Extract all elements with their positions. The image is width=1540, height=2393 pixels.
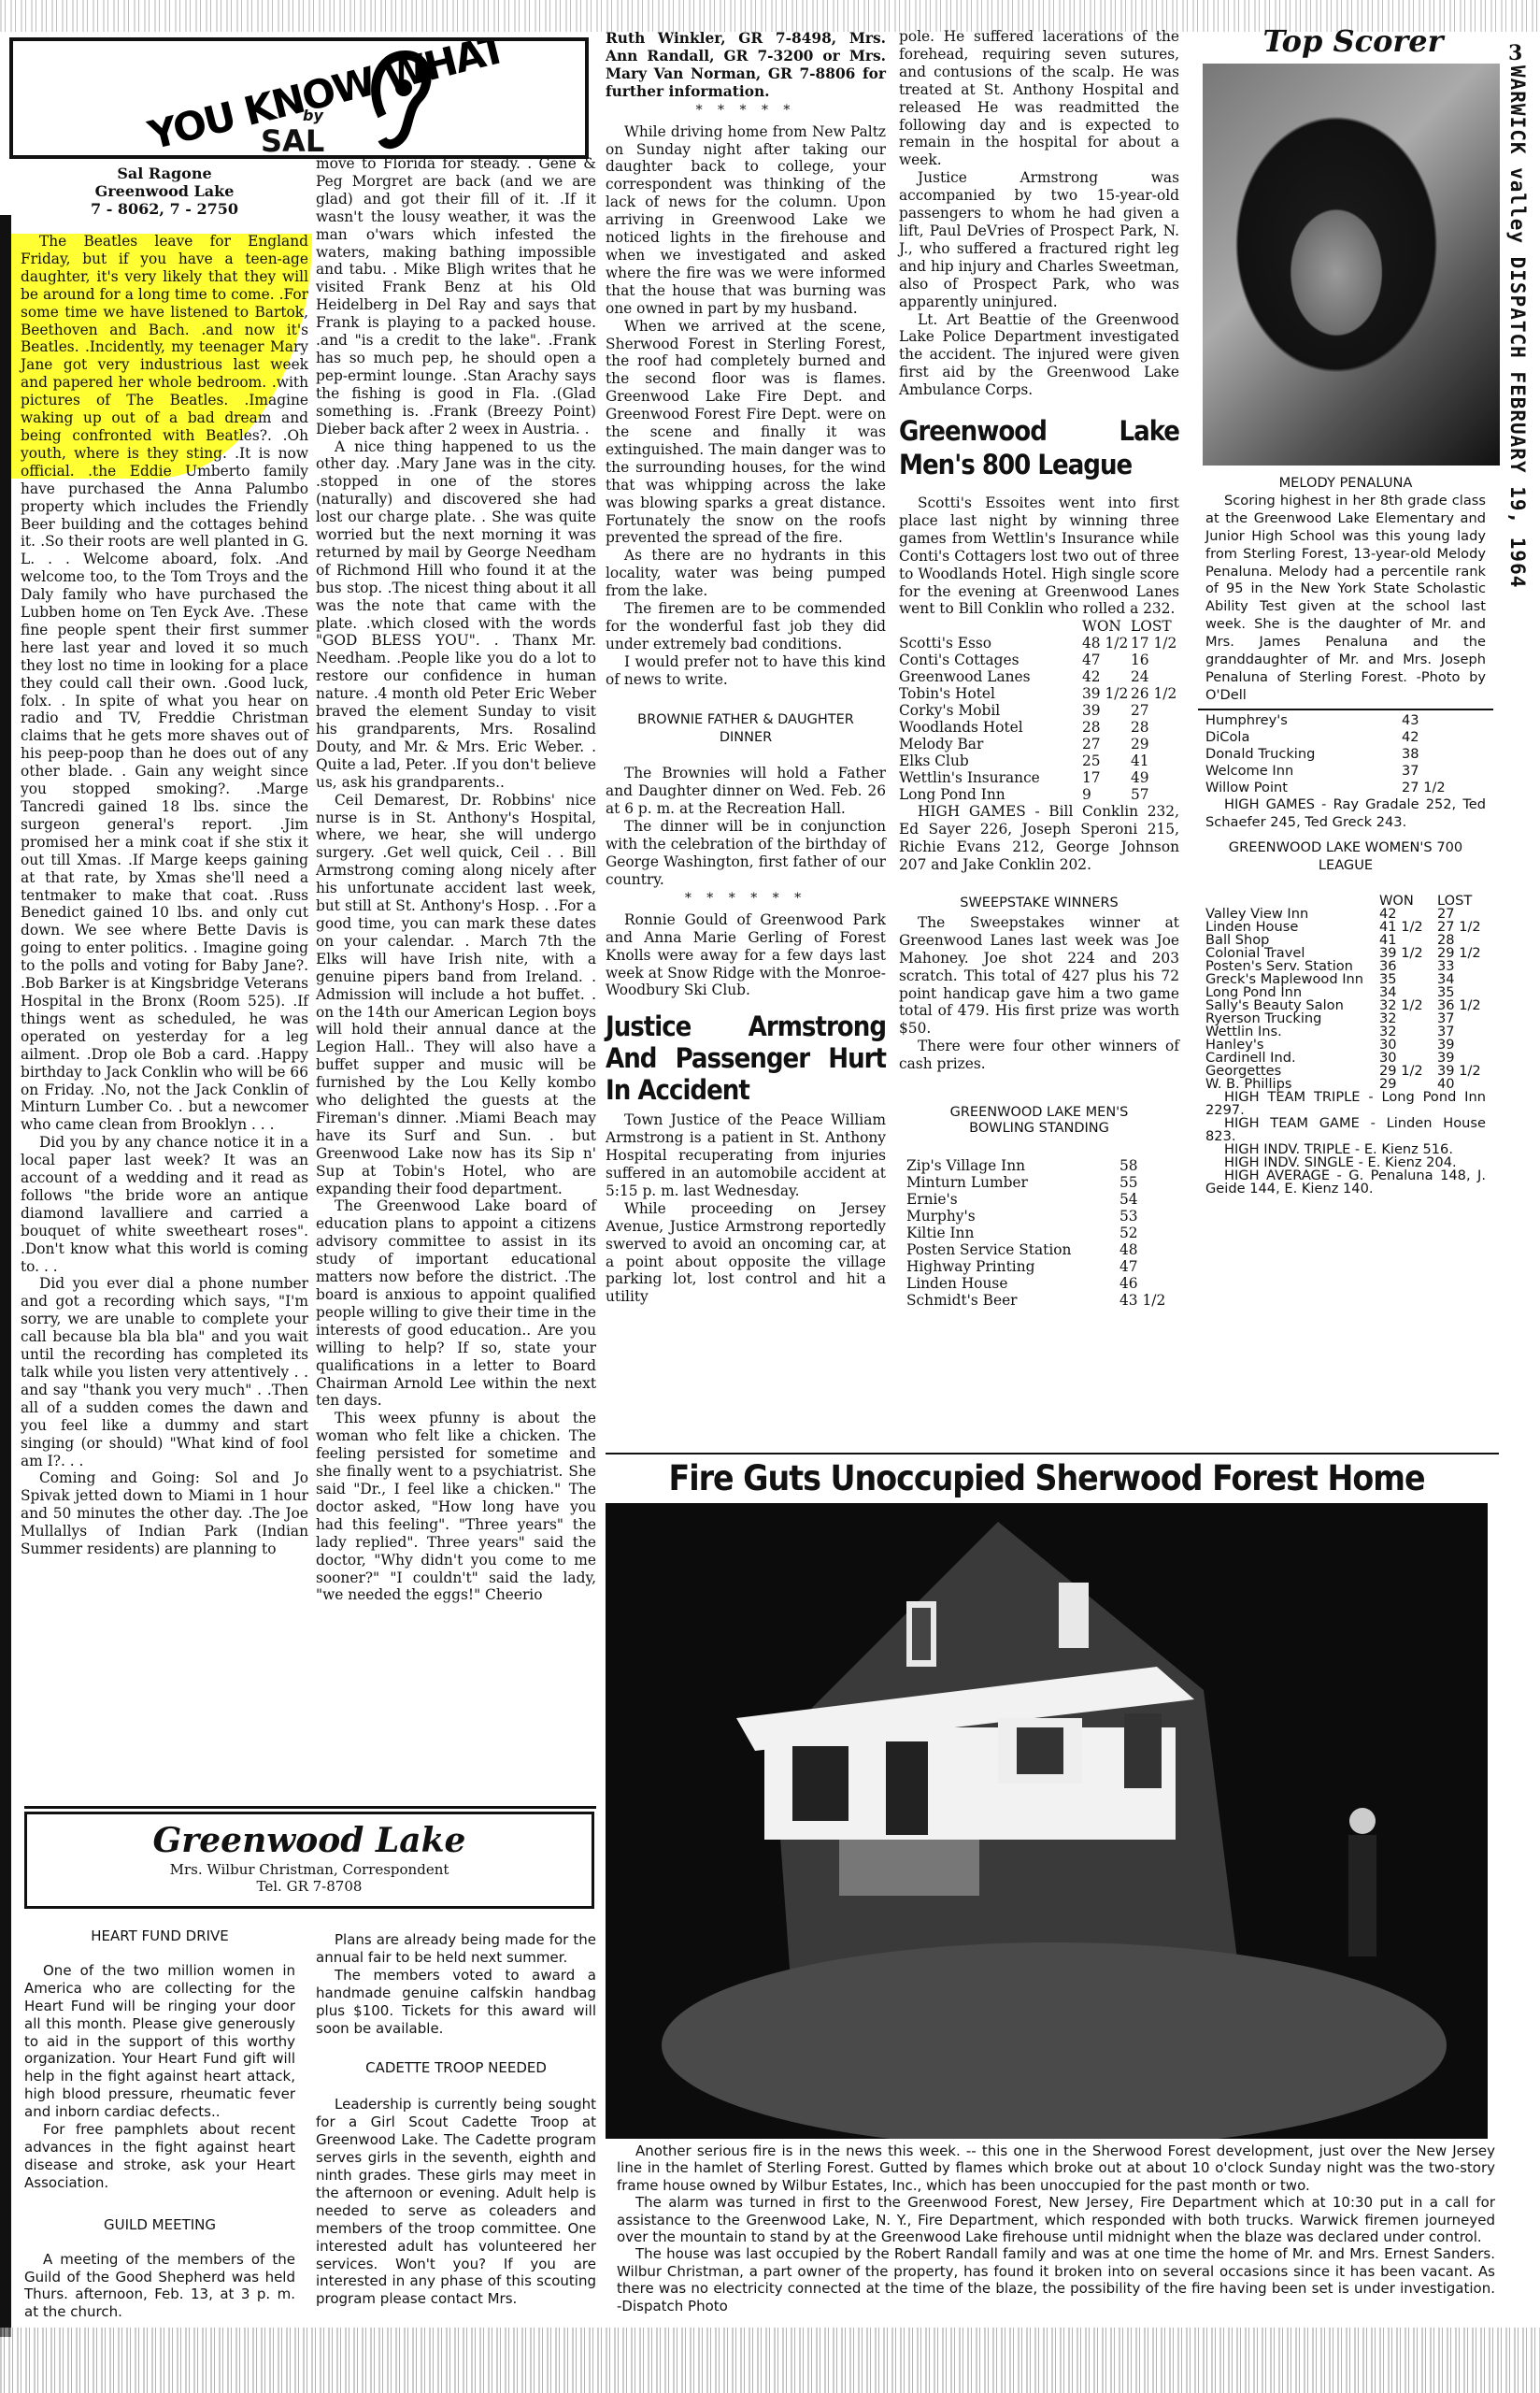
you-know-what-banner: YOU KNOW WHAT by SAL bbox=[9, 37, 589, 159]
ear-icon bbox=[368, 50, 434, 153]
table-row: Elks Club2541 bbox=[899, 752, 1179, 769]
table-row: Long Pond Inn957 bbox=[899, 786, 1179, 803]
won: 39 bbox=[1082, 702, 1131, 719]
table-row: Humphrey's43 bbox=[1205, 712, 1486, 729]
team: Corky's Mobil bbox=[899, 702, 1082, 719]
contact-paragraph: Ruth Winkler, GR 7-8498, Mrs. Ann Randal… bbox=[606, 30, 886, 101]
fire-caption: Another serious fire is in the news this… bbox=[617, 2142, 1495, 2314]
table-row: Posten Service Station48 bbox=[906, 1241, 1177, 1258]
fire-caption-paragraph: The house was last occupied by the Rober… bbox=[617, 2245, 1495, 2314]
table-row: Greenwood Lanes4224 bbox=[899, 668, 1179, 685]
banner-title: YOU KNOW WHAT bbox=[144, 37, 509, 159]
separator-stars: * * * * * * bbox=[606, 891, 886, 906]
table-header: LOST bbox=[1131, 618, 1179, 635]
team: Donald Trucking bbox=[1205, 746, 1402, 763]
team: Woodlands Hotel bbox=[899, 719, 1082, 736]
team: Minturn Lumber bbox=[906, 1174, 1119, 1191]
won: 42 bbox=[1082, 668, 1131, 685]
won: 47 bbox=[1082, 652, 1131, 668]
lost: 27 bbox=[1131, 702, 1179, 719]
fire-headline: Fire Guts Unoccupied Sherwood Forest Hom… bbox=[606, 1458, 1488, 1499]
table-row: Donald Trucking38 bbox=[1205, 746, 1486, 763]
table-row: Murphy's53 bbox=[906, 1208, 1177, 1225]
accident-paragraph: pole. He suffered lacerations of the for… bbox=[899, 28, 1179, 169]
won: 25 bbox=[1082, 752, 1131, 769]
team: Tobin's Hotel bbox=[899, 685, 1082, 702]
sal-paragraph: This weex pfunny is about the woman who … bbox=[316, 1410, 596, 1604]
team: Humphrey's bbox=[1205, 712, 1402, 729]
team: Ernie's bbox=[906, 1191, 1119, 1208]
scan-edge-bar bbox=[0, 215, 11, 2337]
points: 48 bbox=[1119, 1241, 1177, 1258]
team: Conti's Cottages bbox=[899, 652, 1082, 668]
gl-column-1: HEART FUND DRIVE One of the two million … bbox=[24, 1927, 295, 2321]
table-row: Corky's Mobil3927 bbox=[899, 702, 1179, 719]
mens-standing-heading: GREENWOOD LAKE MEN'S BOWLING STANDING bbox=[918, 1105, 1161, 1137]
table-row: Melody Bar2729 bbox=[899, 736, 1179, 752]
heart-fund-paragraph: One of the two million women in America … bbox=[24, 1962, 295, 2121]
lost: 49 bbox=[1131, 769, 1179, 786]
greenwood-lake-masthead: Greenwood Lake Mrs. Wilbur Christman, Co… bbox=[24, 1812, 594, 1909]
accident-paragraph: Town Justice of the Peace William Armstr… bbox=[606, 1111, 886, 1200]
table-header bbox=[899, 618, 1082, 635]
table-row: Minturn Lumber55 bbox=[906, 1174, 1177, 1191]
brownie-heading: BROWNIE FATHER & DAUGHTER DINNER bbox=[634, 711, 858, 747]
sal-paragraph: Did you ever dial a phone number and got… bbox=[21, 1275, 308, 1469]
brownie-paragraph: The Brownies will hold a Father and Daug… bbox=[606, 765, 886, 818]
sweep-paragraph: There were four other winners of cash pr… bbox=[899, 1038, 1179, 1073]
won: 39 1/2 bbox=[1082, 685, 1131, 702]
team: Highway Printing bbox=[906, 1258, 1119, 1275]
fair-paragraph: Plans are already being made for the ann… bbox=[316, 1931, 596, 1967]
byline-place: Greenwood Lake bbox=[21, 182, 308, 200]
section-title: Greenwood Lake bbox=[27, 1820, 592, 1861]
heart-fund-heading: HEART FUND DRIVE bbox=[24, 1927, 295, 1945]
won: 17 bbox=[1082, 769, 1131, 786]
won: 28 bbox=[1082, 719, 1131, 736]
league-headline: Greenwood Lake Men's 800 League bbox=[899, 414, 1179, 481]
won: 48 1/2 bbox=[1082, 635, 1131, 652]
fire-paragraph: While driving home from New Paltz on Sun… bbox=[606, 123, 886, 318]
cadette-paragraph: Leadership is currently being sought for… bbox=[316, 2096, 596, 2308]
league-intro: Scotti's Essoites went into first place … bbox=[899, 494, 1179, 618]
team: Welcome Inn bbox=[1205, 763, 1402, 780]
team: DiCola bbox=[1205, 729, 1402, 746]
women-note: HIGH TEAM GAME - Linden House 823. bbox=[1205, 1117, 1486, 1143]
correspondent: Mrs. Wilbur Christman, Correspondent bbox=[27, 1861, 592, 1878]
sal-column-2: move to Florida for steady. . Gene & Peg… bbox=[316, 155, 596, 1604]
accident-paragraph: Justice Armstrong was accompanied by two… bbox=[899, 169, 1179, 310]
divider bbox=[1198, 709, 1493, 710]
fire-paragraph: When we arrived at the scene, Sherwood F… bbox=[606, 318, 886, 548]
womens-700-league-table: WON LOST Valley View Inn4227 Linden Hous… bbox=[1205, 895, 1486, 1091]
divider bbox=[606, 1453, 1499, 1454]
middle-column: Ruth Winkler, GR 7-8498, Mrs. Ann Randal… bbox=[606, 30, 886, 1306]
sweep-heading: SWEEPSTAKE WINNERS bbox=[899, 895, 1179, 912]
team: Posten Service Station bbox=[906, 1241, 1119, 1258]
points: 47 bbox=[1119, 1258, 1177, 1275]
high-games: HIGH GAMES - Ray Gradale 252, Ted Schaef… bbox=[1205, 796, 1486, 832]
team: Schmidt's Beer bbox=[906, 1292, 1119, 1309]
points: 46 bbox=[1119, 1275, 1177, 1292]
house-photo bbox=[606, 1503, 1488, 2139]
team: Elks Club bbox=[899, 752, 1082, 769]
divider bbox=[24, 1806, 596, 1809]
fire-paragraph: The firemen are to be commended for the … bbox=[606, 600, 886, 653]
page-number: 3 bbox=[1508, 41, 1522, 65]
women-note: HIGH TEAM TRIPLE - Long Pond Inn 2297. bbox=[1205, 1091, 1486, 1117]
table-row: Willow Point27 1/2 bbox=[1205, 780, 1486, 796]
sal-paragraph: The Beatles leave for England Friday, bu… bbox=[21, 233, 308, 1134]
guild-paragraph: A meeting of the members of the Guild of… bbox=[24, 2251, 295, 2322]
points: 43 1/2 bbox=[1119, 1292, 1177, 1309]
sal-paragraph: Ceil Demarest, Dr. Robbins' nice nurse i… bbox=[316, 792, 596, 1198]
byline-phone: 7 - 8062, 7 - 2750 bbox=[21, 200, 308, 218]
team: Wettlin's Insurance bbox=[899, 769, 1082, 786]
telephone: Tel. GR 7-8708 bbox=[27, 1878, 592, 1895]
house-photo-icon bbox=[606, 1503, 1488, 2139]
team: Zip's Village Inn bbox=[906, 1157, 1119, 1174]
lost: 28 bbox=[1131, 719, 1179, 736]
banner-author: SAL bbox=[261, 123, 324, 159]
fourth-column: pole. He suffered lacerations of the for… bbox=[899, 28, 1179, 1309]
women-league-heading: GREENWOOD LAKE WOMEN'S 700 LEAGUE bbox=[1205, 839, 1486, 875]
high-games: HIGH GAMES - Bill Conklin 232, Ed Sayer … bbox=[899, 803, 1179, 874]
accident-paragraph: While proceeding on Jersey Avenue, Justi… bbox=[606, 1200, 886, 1306]
league-continued-table: Humphrey's43 DiCola42 Donald Trucking38 … bbox=[1205, 712, 1486, 796]
sal-column-1: Sal Ragone Greenwood Lake 7 - 8062, 7 - … bbox=[21, 165, 308, 1558]
sal-paragraph: The Greenwood Lake board of education pl… bbox=[316, 1197, 596, 1410]
fire-caption-paragraph: The alarm was turned in first to the Gre… bbox=[617, 2194, 1495, 2245]
cadette-heading: CADETTE TROOP NEEDED bbox=[316, 2059, 596, 2077]
fire-paragraph: As there are no hydrants in this localit… bbox=[606, 547, 886, 600]
mens-800-league-table: WON LOST Scotti's Esso48 1/217 1/2 Conti… bbox=[899, 618, 1179, 803]
team: Scotti's Esso bbox=[899, 635, 1082, 652]
fire-caption-paragraph: Another serious fire is in the news this… bbox=[617, 2142, 1495, 2194]
lost: 57 bbox=[1131, 786, 1179, 803]
dateline-text: WARWICK valley DISPATCH FEBRUARY 19, 196… bbox=[1506, 65, 1529, 588]
sal-paragraph: Did you by any chance notice it in a loc… bbox=[21, 1134, 308, 1275]
won: 42 bbox=[1402, 729, 1486, 746]
ski-paragraph: Ronnie Gould of Greenwood Park and Anna … bbox=[606, 911, 886, 1000]
points: 52 bbox=[1119, 1225, 1177, 1241]
table-row: Schmidt's Beer43 1/2 bbox=[906, 1292, 1177, 1309]
table-row: Conti's Cottages4716 bbox=[899, 652, 1179, 668]
top-scorer-column: MELODY PENALUNA Scoring highest in her 8… bbox=[1205, 475, 1486, 1196]
table-row: Linden House46 bbox=[906, 1275, 1177, 1292]
lost: 29 bbox=[1131, 736, 1179, 752]
lost: 26 1/2 bbox=[1131, 685, 1179, 702]
table-row: Welcome Inn37 bbox=[1205, 763, 1486, 780]
table-row: Scotti's Esso48 1/217 1/2 bbox=[899, 635, 1179, 652]
sweep-paragraph: The Sweepstakes winner at Greenwood Lane… bbox=[899, 914, 1179, 1038]
won: 43 bbox=[1402, 712, 1486, 729]
sal-paragraph: A nice thing happened to us the other da… bbox=[316, 438, 596, 792]
table-header: WON bbox=[1082, 618, 1131, 635]
table-row: DiCola42 bbox=[1205, 729, 1486, 746]
sal-paragraph: Coming and Going: Sol and Jo Spivak jett… bbox=[21, 1469, 308, 1558]
team: Kiltie Inn bbox=[906, 1225, 1119, 1241]
points: 53 bbox=[1119, 1208, 1177, 1225]
won: 27 bbox=[1082, 736, 1131, 752]
table-row: Woodlands Hotel2828 bbox=[899, 719, 1179, 736]
sal-paragraph: move to Florida for steady. . Gene & Peg… bbox=[316, 155, 596, 438]
table-row: Tobin's Hotel39 1/226 1/2 bbox=[899, 685, 1179, 702]
team: Murphy's bbox=[906, 1208, 1119, 1225]
accident-headline: Justice Armstrong And Passenger Hurt In … bbox=[606, 1010, 886, 1106]
banner-by: by bbox=[303, 107, 323, 124]
photo-caption-name: MELODY PENALUNA bbox=[1205, 475, 1486, 493]
accident-paragraph: Lt. Art Beattie of the Greenwood Lake Po… bbox=[899, 311, 1179, 400]
table-row: Ernie's54 bbox=[906, 1191, 1177, 1208]
brownie-paragraph: The dinner will be in conjunction with t… bbox=[606, 818, 886, 889]
won: 38 bbox=[1402, 746, 1486, 763]
heart-fund-paragraph: For free pamphlets about recent advances… bbox=[24, 2121, 295, 2192]
separator-stars: * * * * * bbox=[606, 103, 886, 118]
team: Greenwood Lanes bbox=[899, 668, 1082, 685]
lost: 41 bbox=[1131, 752, 1179, 769]
won: 9 bbox=[1082, 786, 1131, 803]
gl-column-2: Plans are already being made for the ann… bbox=[316, 1931, 596, 2308]
lost: 17 1/2 bbox=[1131, 635, 1179, 652]
team: Melody Bar bbox=[899, 736, 1082, 752]
table-row: Wettlin's Insurance1749 bbox=[899, 769, 1179, 786]
top-scorer-heading: Top Scorer bbox=[1205, 22, 1501, 60]
points: 54 bbox=[1119, 1191, 1177, 1208]
lost: 24 bbox=[1131, 668, 1179, 685]
mens-standing-table: Zip's Village Inn58 Minturn Lumber55 Ern… bbox=[906, 1157, 1177, 1309]
vertical-dateline: 3 WARWICK valley DISPATCH FEBRUARY 19, 1… bbox=[1504, 28, 1533, 552]
won: 27 1/2 bbox=[1402, 780, 1486, 796]
fire-paragraph: I would prefer not to have this kind of … bbox=[606, 653, 886, 689]
women-note: HIGH AVERAGE - G. Penaluna 148, J. Geide… bbox=[1205, 1169, 1486, 1196]
table-row: Zip's Village Inn58 bbox=[906, 1157, 1177, 1174]
points: 55 bbox=[1119, 1174, 1177, 1191]
won: 37 bbox=[1402, 763, 1486, 780]
points: 58 bbox=[1119, 1157, 1177, 1174]
team: Willow Point bbox=[1205, 780, 1402, 796]
portrait-photo bbox=[1203, 64, 1500, 466]
team: Linden House bbox=[906, 1275, 1119, 1292]
top-scorer-paragraph: Scoring highest in her 8th grade class a… bbox=[1205, 493, 1486, 705]
byline-name: Sal Ragone bbox=[21, 165, 308, 182]
table-row: Highway Printing47 bbox=[906, 1258, 1177, 1275]
team: Long Pond Inn bbox=[899, 786, 1082, 803]
fair-paragraph: The members voted to award a handmade ge… bbox=[316, 1967, 596, 2038]
lost: 16 bbox=[1131, 652, 1179, 668]
scan-noise-bottom bbox=[0, 2328, 1540, 2393]
table-row: Kiltie Inn52 bbox=[906, 1225, 1177, 1241]
guild-heading: GUILD MEETING bbox=[24, 2216, 295, 2234]
